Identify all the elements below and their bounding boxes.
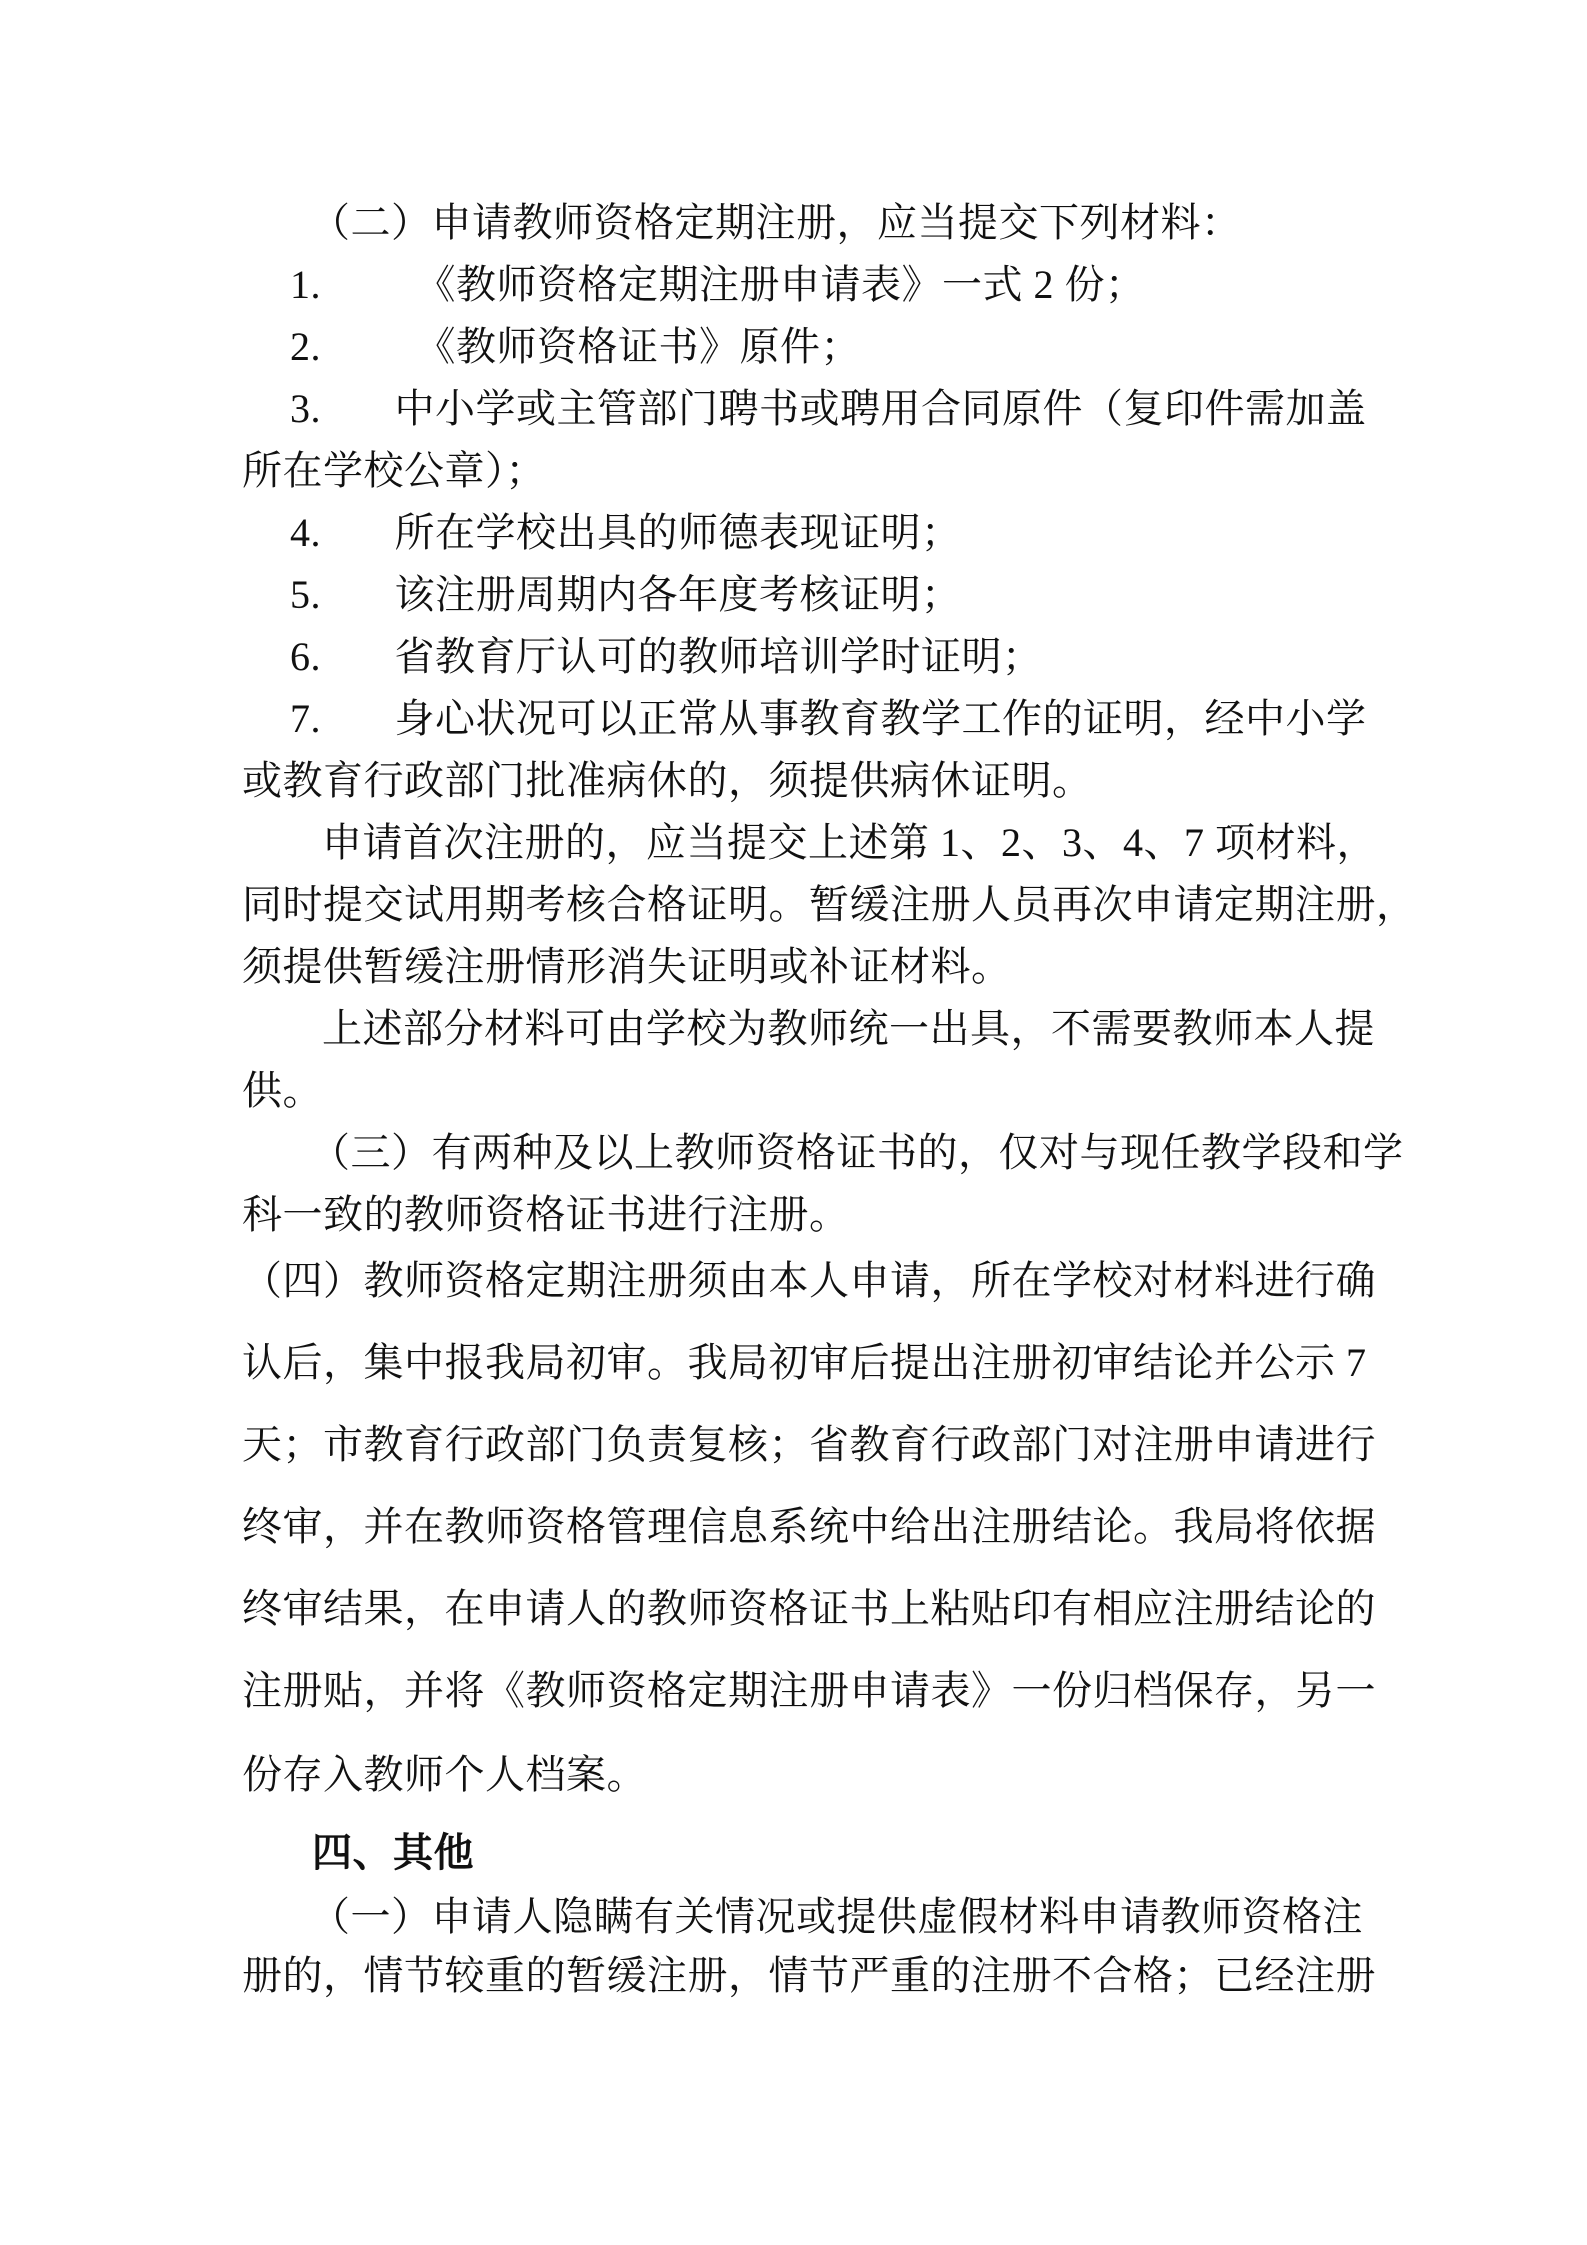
text-line: 终审结果，在申请人的教师资格证书上粘贴印有相应注册结论的 — [242, 1586, 1376, 1632]
text-line: 所在学校公章）； — [242, 448, 546, 494]
text-line: 7. 身心状况可以正常从事教育教学工作的证明，经中小学 — [242, 696, 1367, 742]
text-line: 注册贴，并将《教师资格定期注册申请表》一份归档保存，另一 — [242, 1668, 1376, 1714]
text-line: 天；市教育行政部门负责复核；省教育行政部门对注册申请进行 — [242, 1422, 1376, 1468]
text-line: 3. 中小学或主管部门聘书或聘用合同原件（复印件需加盖 — [242, 386, 1367, 432]
text-line: 2. 《教师资格证书》原件； — [242, 324, 861, 370]
text-line: （四）教师资格定期注册须由本人申请，所在学校对材料进行确 — [242, 1258, 1376, 1304]
text-line: 申请首次注册的，应当提交上述第 1、2、3、4、7 项材料， — [242, 820, 1377, 866]
text-line: 1. 《教师资格定期注册申请表》一式 2 份； — [242, 262, 1146, 308]
text-line: 终审，并在教师资格管理信息系统中给出注册结论。我局将依据 — [242, 1504, 1376, 1550]
text-line: 上述部分材料可由学校为教师统一出具，不需要教师本人提 — [242, 1006, 1375, 1052]
text-line: 份存入教师个人档案。 — [242, 1752, 647, 1798]
text-line: （一）申请人隐瞒有关情况或提供虚假材料申请教师资格注 — [242, 1894, 1363, 1940]
text-line: （二）申请教师资格定期注册，应当提交下列材料： — [242, 200, 1242, 246]
text-line: 同时提交试用期考核合格证明。暂缓注册人员再次申请定期注册， — [242, 882, 1417, 928]
document-page: （二）申请教师资格定期注册，应当提交下列材料：1. 《教师资格定期注册申请表》一… — [0, 0, 1587, 2245]
text-line: 认后，集中报我局初审。我局初审后提出注册初审结论并公示 7 — [242, 1340, 1367, 1386]
text-line: 4. 所在学校出具的师德表现证明； — [242, 510, 962, 556]
text-line: 供。 — [242, 1068, 323, 1114]
text-line: 或教育行政部门批准病休的，须提供病休证明。 — [242, 758, 1093, 804]
text-line: （三）有两种及以上教师资格证书的，仅对与现任教学段和学 — [242, 1130, 1404, 1176]
section-heading: 四、其他 — [242, 1830, 474, 1876]
text-line: 5. 该注册周期内各年度考核证明； — [242, 572, 962, 618]
text-line: 科一致的教师资格证书进行注册。 — [242, 1192, 850, 1238]
text-line: 册的，情节较重的暂缓注册，情节严重的注册不合格；已经注册 — [242, 1953, 1376, 1999]
text-line: 6. 省教育厅认可的教师培训学时证明； — [242, 634, 1043, 680]
text-line: 须提供暂缓注册情形消失证明或补证材料。 — [242, 944, 1012, 990]
